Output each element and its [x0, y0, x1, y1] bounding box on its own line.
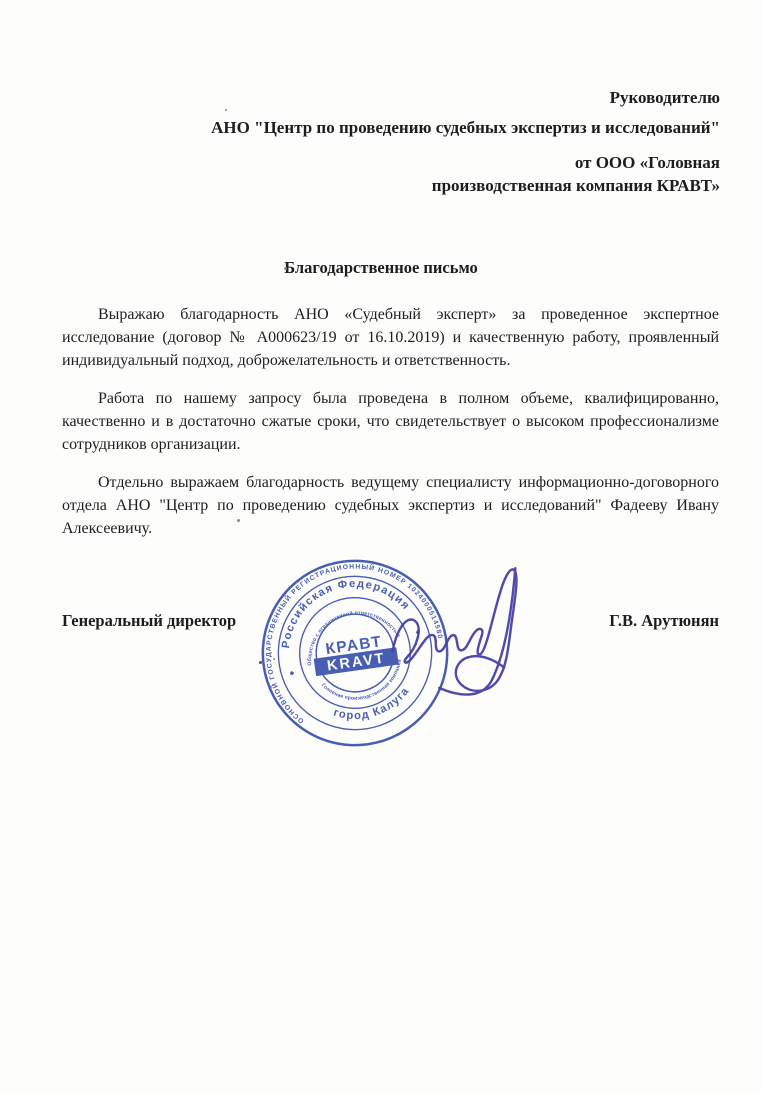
recipient-line-1: Руководителю [120, 86, 720, 109]
signature-autograph [372, 554, 540, 696]
scan-speck [284, 267, 287, 270]
recipient-line-3: от ООО «Головная [120, 151, 720, 174]
signatory-position: Генеральный директор [62, 611, 236, 631]
signatory-name: Г.В. Арутюнян [609, 611, 719, 631]
letter-body: Выражаю благодарность АНО «Судебный эксп… [62, 303, 719, 555]
letter-paragraph-3: Отдельно выражаем благодарность ведущему… [62, 471, 719, 540]
scan-speck [259, 661, 262, 664]
letter-page: Руководителю АНО "Центр по проведению су… [0, 0, 762, 1094]
stamp-separator-diamond-left [290, 671, 294, 675]
letter-paragraph-1: Выражаю благодарность АНО «Судебный эксп… [62, 303, 719, 372]
letter-paragraph-2: Работа по нашему запросу была проведена … [62, 387, 719, 456]
scan-speck [273, 658, 275, 660]
scan-speck [237, 519, 240, 522]
recipient-line-2: АНО "Центр по проведению судебных экспер… [120, 116, 720, 139]
recipient-line-4: производственная компания КРАВТ» [120, 174, 720, 197]
recipient-block: Руководителю АНО "Центр по проведению су… [120, 86, 720, 197]
letter-title: Благодарственное письмо [0, 258, 762, 278]
scan-speck [225, 109, 227, 111]
